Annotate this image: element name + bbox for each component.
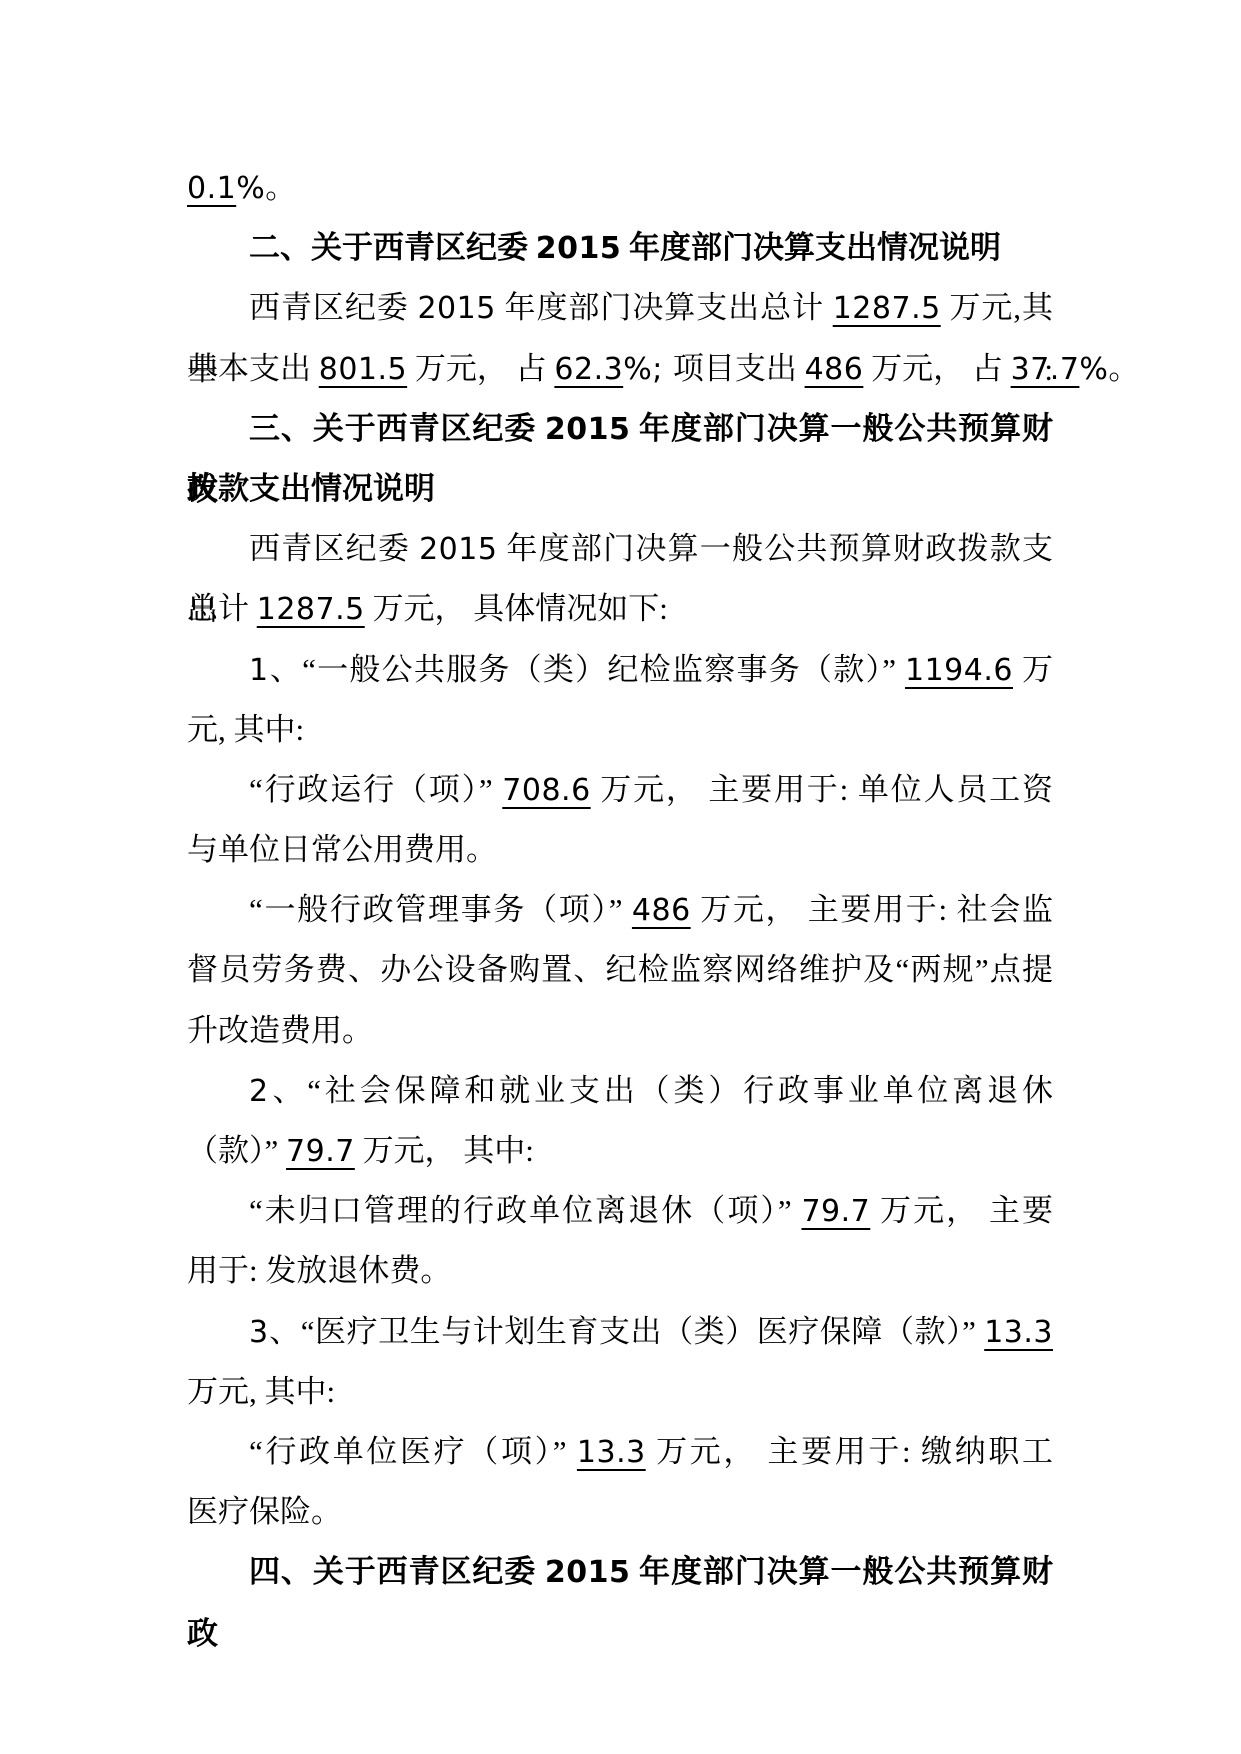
text-line: 基本支出 801.5 万元， 占 62.3%; 项目支出 486 万元， 占 3… xyxy=(187,339,1053,399)
numeric-text: % xyxy=(1079,352,1108,387)
text-run: 。 xyxy=(265,170,296,205)
underlined-value: 801.5 xyxy=(319,352,407,387)
section-heading: 拨款支出情况说明 xyxy=(187,459,1053,519)
text-run: 、“医疗卫生与计划生育支出（类）医疗保障（款）” xyxy=(269,1314,985,1349)
text-run: 与单位日常公用费用。 xyxy=(187,832,497,867)
underlined-value: 1194.6 xyxy=(905,653,1013,688)
text-run: 、“一般公共服务（类）纪检监察事务（款）” xyxy=(269,652,905,687)
numeric-text: 2015 xyxy=(419,532,497,567)
underlined-value: 0.1 xyxy=(187,171,236,206)
text-run: 医疗保险。 xyxy=(187,1494,342,1529)
text-run: 万元， 主要 xyxy=(870,1193,1053,1228)
numeric-text: 2015 xyxy=(417,291,495,326)
text-run: 年度部门决算支出总计 xyxy=(496,290,833,325)
text-run: 万元， 具体情况如下: xyxy=(365,591,668,626)
numeric-text: 2015 xyxy=(536,231,622,266)
text-run: 项目支出 xyxy=(673,351,805,386)
text-run: 总计 xyxy=(187,591,257,626)
text-run: 拨款支出情况说明 xyxy=(187,471,435,506)
text-run: 万元， 占 xyxy=(863,351,1010,386)
text-line: （款）” 79.7 万元， 其中: xyxy=(187,1121,1053,1181)
text-run: 万元， 主要用于: 单位人员工资 xyxy=(591,772,1053,807)
text-line: 1、“一般公共服务（类）纪检监察事务（款）” 1194.6 万 xyxy=(187,640,1053,700)
text-run: 基本支出 xyxy=(187,351,319,386)
text-run: 四、关于西青区纪委 xyxy=(249,1554,545,1589)
text-run: “行政运行（项）” xyxy=(249,772,502,807)
text-line: 用于: 发放退休费。 xyxy=(187,1241,1053,1301)
text-line: 西青区纪委 2015 年度部门决算一般公共预算财政拨款支出 xyxy=(187,519,1053,579)
text-run: 、“社会保障和就业支出（类）行政事业单位离退休 xyxy=(269,1073,1053,1108)
text-line: 与单位日常公用费用。 xyxy=(187,820,1053,880)
text-run: 元, 其中: xyxy=(187,712,304,747)
text-run: 用于: 发放退休费。 xyxy=(187,1253,451,1288)
text-line: 元, 其中: xyxy=(187,700,1053,760)
text-run: 。 xyxy=(1108,351,1139,386)
numeric-text: %; xyxy=(623,352,673,387)
underlined-value: 13.3 xyxy=(577,1435,646,1470)
text-run: 万元， 主要用于: 缴纳职工 xyxy=(646,1434,1053,1469)
text-line: “行政运行（项）” 708.6 万元， 主要用于: 单位人员工资 xyxy=(187,760,1053,820)
text-run: “一般行政管理事务（项）” xyxy=(249,892,632,927)
numeric-text: % xyxy=(236,171,265,206)
text-line: 2、“社会保障和就业支出（类）行政事业单位离退休 xyxy=(187,1061,1053,1121)
text-run: 升改造费用。 xyxy=(187,1013,373,1048)
text-run: （款）” xyxy=(187,1133,286,1168)
section-heading: 三、关于西青区纪委 2015 年度部门决算一般公共预算财政 xyxy=(187,399,1053,459)
underlined-value: 79.7 xyxy=(286,1134,355,1169)
numeric-text: 1 xyxy=(249,653,269,688)
numeric-text: 2015 xyxy=(545,1555,631,1590)
text-line: 升改造费用。 xyxy=(187,1001,1053,1061)
text-line: “行政单位医疗（项）” 13.3 万元， 主要用于: 缴纳职工 xyxy=(187,1422,1053,1482)
text-line: “未归口管理的行政单位离退休（项）” 79.7 万元， 主要 xyxy=(187,1181,1053,1241)
numeric-text: 3 xyxy=(249,1315,269,1350)
underlined-value: 62.3 xyxy=(554,352,623,387)
underlined-value: 13.3 xyxy=(984,1315,1053,1350)
text-line: “一般行政管理事务（项）” 486 万元， 主要用于: 社会监 xyxy=(187,880,1053,940)
text-run: 万元， 占 xyxy=(407,351,554,386)
text-run: 年度部门决算支出情况说明 xyxy=(621,230,1001,265)
text-run: “行政单位医疗（项）” xyxy=(249,1434,577,1469)
underlined-value: 1287.5 xyxy=(257,592,365,627)
text-line: 万元, 其中: xyxy=(187,1362,1053,1422)
text-run: “未归口管理的行政单位离退休（项）” xyxy=(249,1193,801,1228)
underlined-value: 37.7 xyxy=(1011,352,1080,387)
text-run: 万元， 其中: xyxy=(355,1133,534,1168)
text-run: 万 xyxy=(1013,652,1053,687)
text-run: 万元， 主要用于: 社会监 xyxy=(691,892,1053,927)
text-line: 督员劳务费、办公设备购置、纪检监察网络维护及“两规”点提 xyxy=(187,940,1053,1000)
text-run: 万元, 其中: xyxy=(187,1374,335,1409)
text-line: 3、“医疗卫生与计划生育支出（类）医疗保障（款）” 13.3 xyxy=(187,1302,1053,1362)
text-run: 督员劳务费、办公设备购置、纪检监察网络维护及“两规”点提 xyxy=(187,952,1053,987)
text-line: 总计 1287.5 万元， 具体情况如下: xyxy=(187,579,1053,639)
underlined-value: 486 xyxy=(805,352,864,387)
text-run: 西青区纪委 xyxy=(249,290,417,325)
underlined-value: 708.6 xyxy=(502,773,590,808)
numeric-text: 2 xyxy=(249,1074,269,1109)
underlined-value: 1287.5 xyxy=(833,291,941,326)
underlined-value: 79.7 xyxy=(801,1194,870,1229)
text-run: 二、关于西青区纪委 xyxy=(249,230,536,265)
section-heading: 二、关于西青区纪委 2015 年度部门决算支出情况说明 xyxy=(187,218,1053,278)
text-line: 西青区纪委 2015 年度部门决算支出总计 1287.5 万元,其中: xyxy=(187,278,1053,338)
numeric-text: 2015 xyxy=(545,412,631,447)
text-line: 医疗保险。 xyxy=(187,1482,1053,1542)
text-run: 西青区纪委 xyxy=(249,531,419,566)
section-heading: 四、关于西青区纪委 2015 年度部门决算一般公共预算财政 xyxy=(187,1542,1053,1602)
text-run: 三、关于西青区纪委 xyxy=(249,411,545,446)
document-page: 0.1%。二、关于西青区纪委 2015 年度部门决算支出情况说明西青区纪委 20… xyxy=(0,0,1241,1754)
underlined-value: 486 xyxy=(632,893,691,928)
text-line: 0.1%。 xyxy=(187,158,1053,218)
